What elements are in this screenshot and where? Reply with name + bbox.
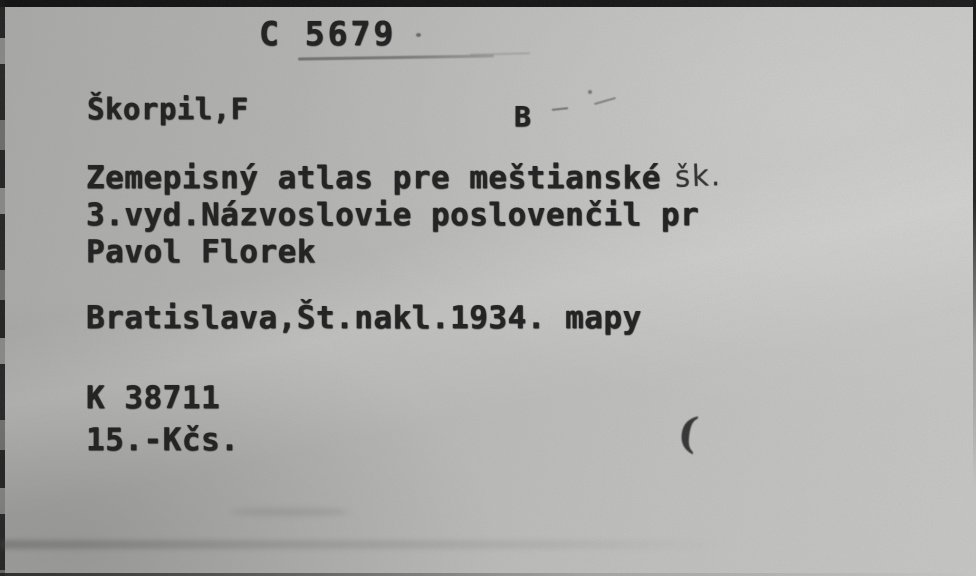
accession-number: K 38711 [86, 380, 220, 416]
title-line1: Zemepisný atlas pre meštianské [86, 160, 661, 196]
scan-border-left [0, 0, 5, 576]
handwritten-paren-mark: ( [675, 407, 702, 458]
imprint-line: Bratislava,Št.nakl.1934. mapy [86, 300, 642, 336]
scan-border-top [0, 0, 976, 7]
pencil-underline-tail [470, 52, 530, 56]
pencil-underline [298, 54, 494, 60]
ink-speck [416, 33, 421, 37]
pencil-mark [552, 107, 568, 111]
price: 15.-Kčs. [86, 422, 239, 458]
classification-mark: B [514, 100, 531, 133]
title-line1-handwritten: šk. [674, 157, 722, 196]
paper-smudge [0, 540, 720, 549]
title-line2: 3.vyd.Názvoslovie poslovenčil pr [86, 197, 699, 233]
pencil-mark [588, 90, 592, 94]
catalog-card: C 5679 Škorpil,F B Zemepisný atlas pre m… [0, 0, 976, 576]
title-line3: Pavol Florek [86, 234, 316, 270]
pencil-mark [594, 97, 616, 105]
call-number: C 5679 [259, 14, 396, 53]
paper-smudge [230, 508, 350, 516]
title-block: Zemepisný atlas pre meštianskéšk.3.vyd.N… [86, 160, 722, 271]
scan-noise-overlay [0, 0, 976, 576]
author-name: Škorpil,F [87, 92, 249, 126]
